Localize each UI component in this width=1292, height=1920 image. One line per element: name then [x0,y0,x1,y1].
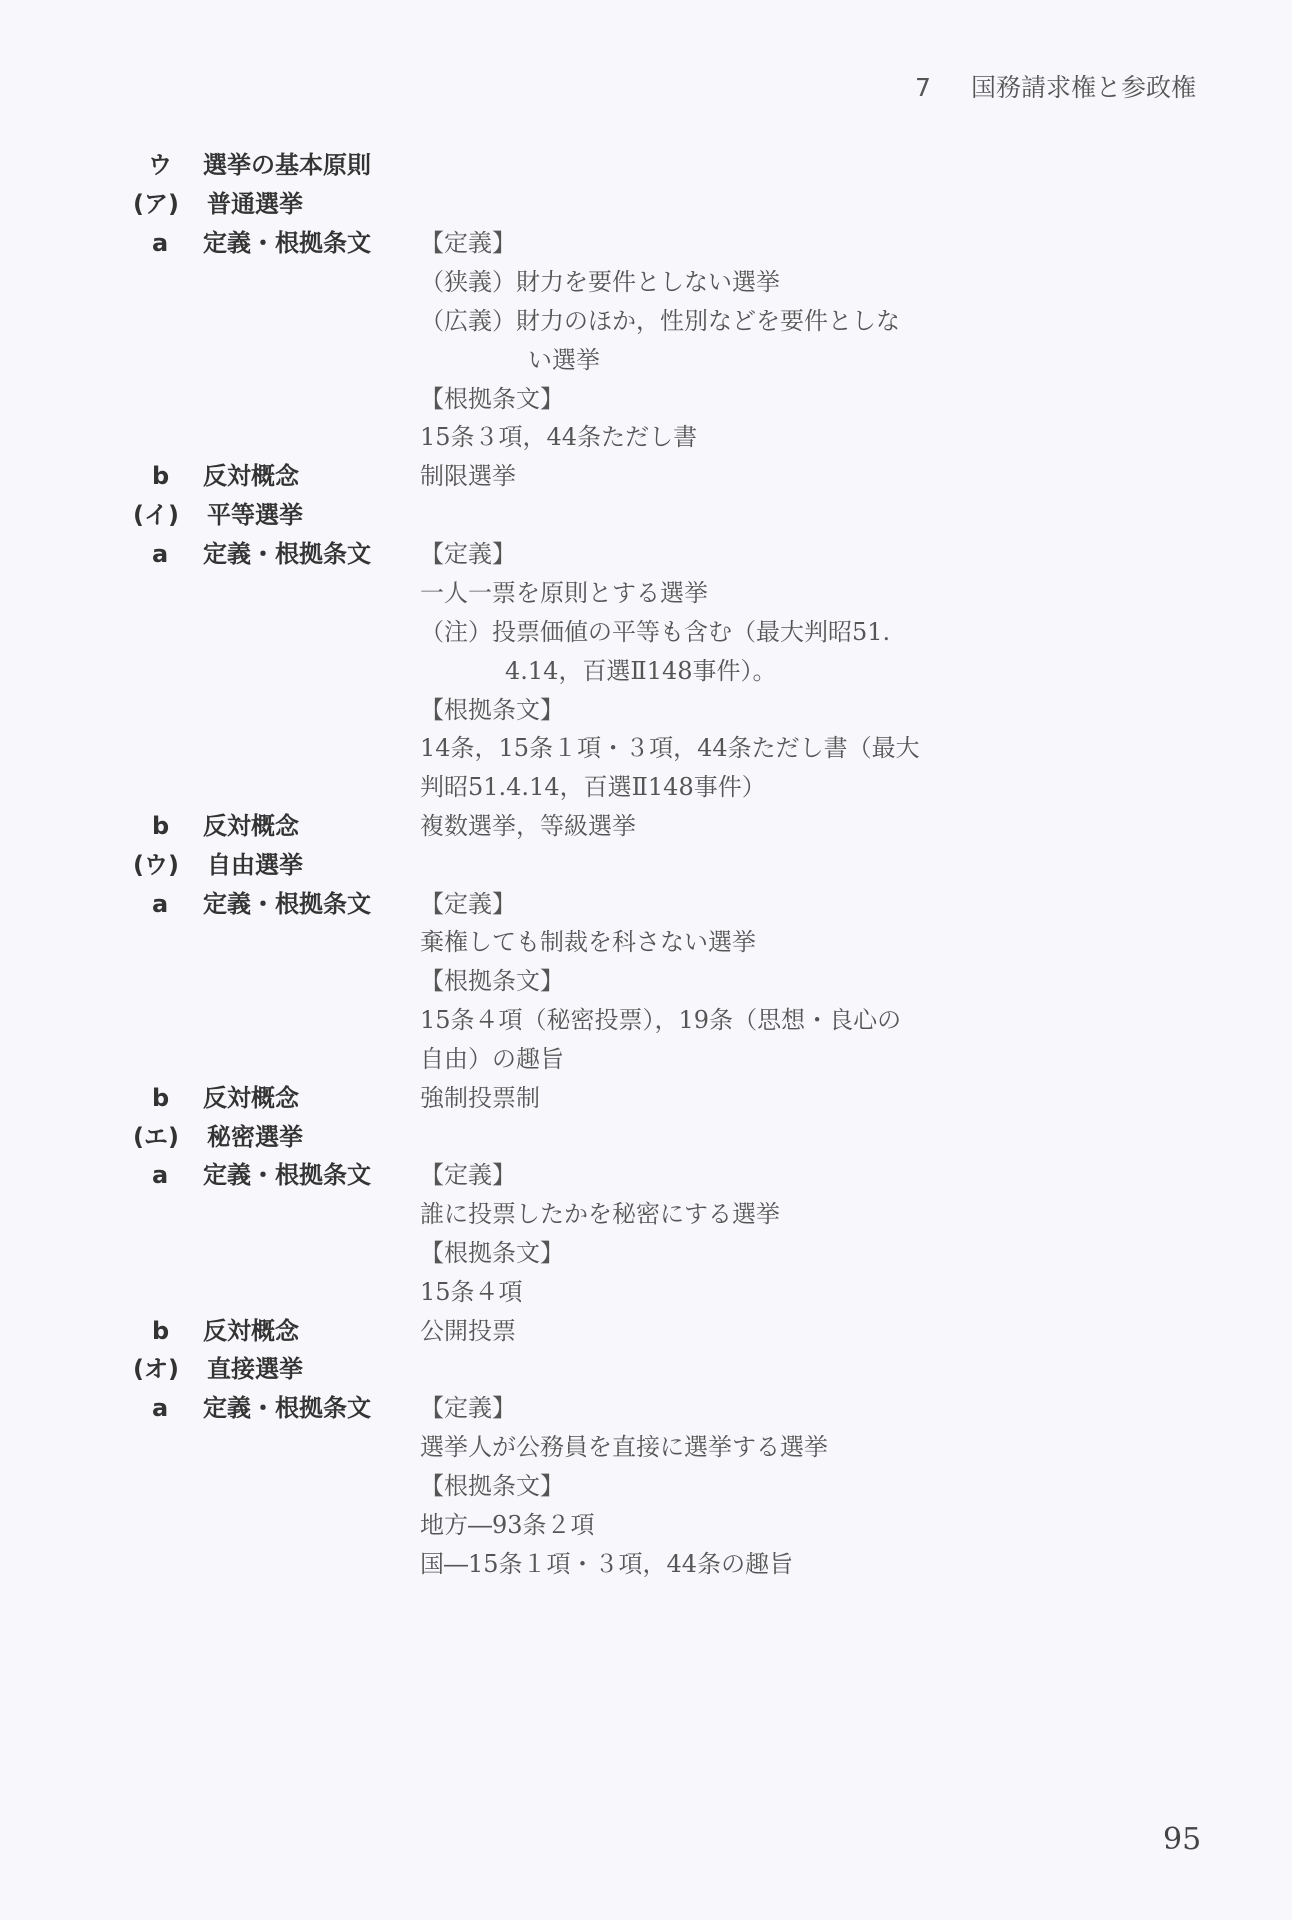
definition-row: a 定義・根拠条文 【定義】 [0,1156,1292,1195]
opposite-row: b 反対概念 制限選挙 [0,457,1292,496]
principle-heading: (エ) 秘密選挙 [0,1118,1292,1157]
chapter-title: 国務請求権と参政権 [971,73,1196,102]
principle-heading: (オ) 直接選挙 [0,1350,1292,1389]
principle-marker: (オ) [133,1350,179,1389]
definition-line: 国―15条１項・３項，44条の趣旨 [420,1545,793,1584]
definition-line: 14条，15条１項・３項，44条ただし書（最大 [420,729,920,768]
definition-line: 棄権しても制裁を科さない選挙 [420,923,756,962]
section-title: 選挙の基本原則 [203,146,371,185]
item-label: 定義・根拠条文 [203,1389,371,1428]
item-marker: b [152,1312,169,1351]
principle-title: 普通選挙 [207,185,303,224]
definition-line: 誰に投票したかを秘密にする選挙 [420,1195,780,1234]
principle-title: 直接選挙 [207,1350,303,1389]
definition-line: 【定義】 [420,1156,516,1195]
definition-line: 【定義】 [420,1389,516,1428]
principle-marker: (ウ) [133,846,179,885]
definition-line: い選挙 [528,341,600,380]
principle-heading: (ア) 普通選挙 [0,185,1292,224]
principle-marker: (イ) [133,496,179,535]
definition-line: 4.14，百選Ⅱ148事件）。 [505,652,777,691]
item-label: 反対概念 [203,1079,299,1118]
definition-line: 【根拠条文】 [420,1234,564,1273]
item-marker: a [152,1389,168,1428]
page-number: 95 [1163,1822,1201,1857]
opposite-value: 複数選挙，等級選挙 [420,807,636,846]
section-heading: ウ 選挙の基本原則 [0,146,1292,185]
definition-line: 【根拠条文】 [420,962,564,1001]
definition-line: （広義）財力のほか，性別などを要件としな [420,302,900,341]
definition-line: 15条３項，44条ただし書 [420,418,697,457]
definition-line: 【定義】 [420,885,516,924]
definition-line: 地方―93条２項 [420,1506,595,1545]
definition-row: a 定義・根拠条文 【定義】 [0,1389,1292,1428]
chapter-number: 7 [915,73,971,102]
item-marker: a [152,1156,168,1195]
opposite-value: 強制投票制 [420,1079,540,1118]
principle-title: 自由選挙 [207,846,303,885]
item-marker: b [152,1079,169,1118]
running-head: 7国務請求権と参政権 [915,68,1196,104]
principle-heading: (ウ) 自由選挙 [0,846,1292,885]
item-label: 反対概念 [203,1312,299,1351]
definition-row: a 定義・根拠条文 【定義】 [0,885,1292,924]
principle-heading: (イ) 平等選挙 [0,496,1292,535]
definition-line: 判昭51.4.14，百選Ⅱ148事件） [420,768,766,807]
definition-row: a 定義・根拠条文 【定義】 [0,224,1292,263]
opposite-row: b 反対概念 複数選挙，等級選挙 [0,807,1292,846]
definition-line: 15条４項 [420,1273,523,1312]
definition-line: 【定義】 [420,535,516,574]
definition-row: a 定義・根拠条文 【定義】 [0,535,1292,574]
principle-marker: (エ) [133,1118,179,1157]
item-label: 定義・根拠条文 [203,885,371,924]
opposite-row: b 反対概念 公開投票 [0,1312,1292,1351]
item-label: 定義・根拠条文 [203,1156,371,1195]
definition-line: 15条４項（秘密投票），19条（思想・良心の [420,1001,901,1040]
item-label: 定義・根拠条文 [203,535,371,574]
item-marker: a [152,885,168,924]
definition-line: 【定義】 [420,224,516,263]
definition-line: 一人一票を原則とする選挙 [420,574,708,613]
item-label: 反対概念 [203,807,299,846]
opposite-row: b 反対概念 強制投票制 [0,1079,1292,1118]
section-marker: ウ [148,146,172,185]
item-label: 反対概念 [203,457,299,496]
item-marker: b [152,457,169,496]
item-marker: a [152,535,168,574]
definition-line: 【根拠条文】 [420,1467,564,1506]
principle-title: 平等選挙 [207,496,303,535]
principle-marker: (ア) [133,185,179,224]
opposite-value: 公開投票 [420,1312,516,1351]
definition-line: （狭義）財力を要件としない選挙 [420,263,780,302]
item-marker: b [152,807,169,846]
definition-line: 選挙人が公務員を直接に選挙する選挙 [420,1428,828,1467]
definition-line: 【根拠条文】 [420,691,564,730]
definition-line: 【根拠条文】 [420,380,564,419]
item-label: 定義・根拠条文 [203,224,371,263]
item-marker: a [152,224,168,263]
definition-line: 自由）の趣旨 [420,1040,564,1079]
definition-line: （注）投票価値の平等も含む（最大判昭51. [420,613,890,652]
principle-title: 秘密選挙 [207,1118,303,1157]
opposite-value: 制限選挙 [420,457,516,496]
